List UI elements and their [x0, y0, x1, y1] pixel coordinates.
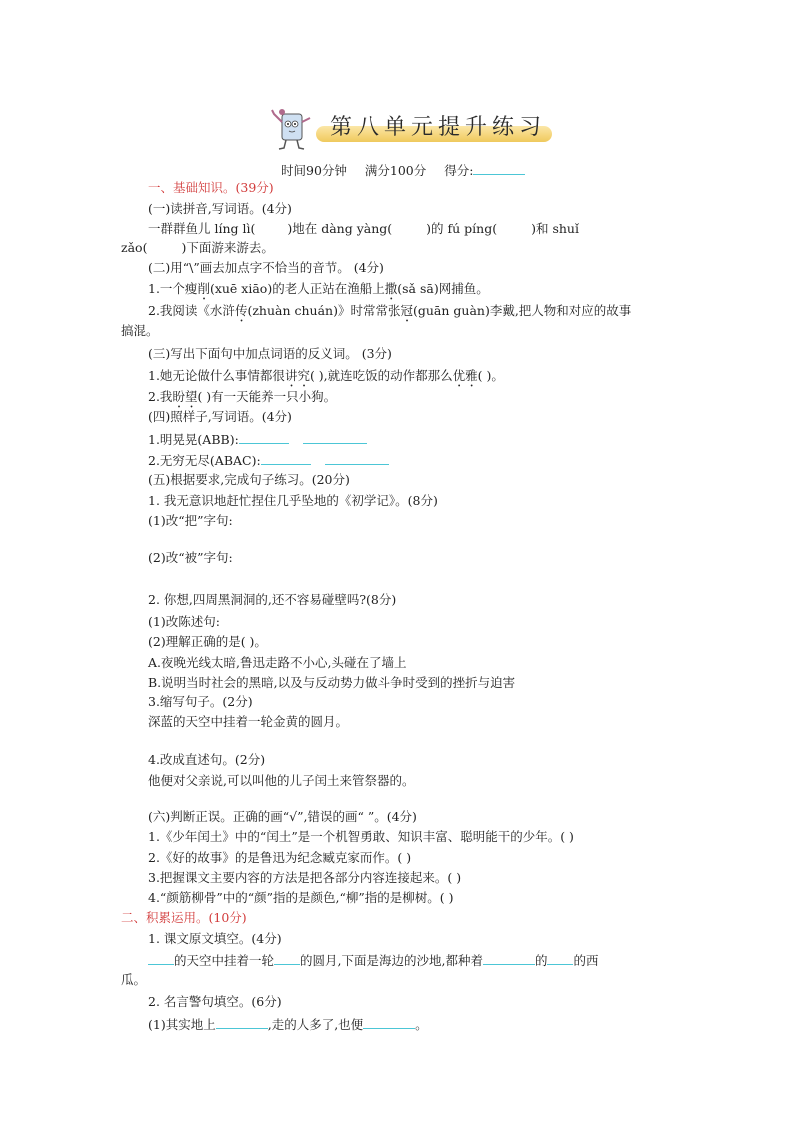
part5-q1-sub1: (1)改“把”字句: — [148, 513, 233, 529]
part4-q2: 2.无穷无尽(ABAC): — [148, 452, 389, 469]
score-field[interactable] — [473, 162, 525, 175]
part1-heading: (一)读拼音,写词语。(4分) — [148, 201, 292, 217]
part2-heading: (二)用“\”画去加点字不恰当的音节。 (4分) — [148, 260, 384, 276]
part5-q2-sub1: (1)改陈述句: — [148, 614, 220, 630]
part6-item: 3.把握课文主要内容的方法是把各部分内容连接起来。( ) — [148, 870, 461, 886]
part6-item: 1.《少年闰土》中的“闰土”是一个机智勇敢、知识丰富、聪明能干的少年。( ) — [148, 829, 574, 845]
score-label: 得分: — [444, 163, 473, 178]
section1-heading: 一、基础知识。(39分) — [148, 180, 274, 196]
part6-heading: (六)判断正误。正确的画“√”,错误的画“ ”。(4分) — [148, 809, 417, 825]
section2-q2: 2. 名言警句填空。(6分) — [148, 994, 282, 1010]
section2-q1: 1. 课文原文填空。(4分) — [148, 931, 282, 947]
part2-q2-cont: 搞混。 — [121, 323, 159, 339]
part5-q4-text: 他便对父亲说,可以叫他的儿子闰土来管祭器的。 — [148, 773, 414, 789]
part5-q2-option-b: B.说明当时社会的黑暗,以及与反动势力做斗争时受到的挫折与迫害 — [148, 675, 515, 691]
worksheet-page: 第八单元提升练习 时间90分钟 满分100分 得分: 一、基础知识。(39分) … — [0, 0, 793, 1122]
part1-line1: 一群群鱼儿 líng lì()地在 dàng yàng()的 fú píng()… — [148, 221, 579, 237]
part6-item: 4.“颜筋柳骨”中的“颜”指的是颜色,“柳”指的是柳树。( ) — [148, 890, 453, 906]
worksheet-header: 第八单元提升练习 — [268, 104, 558, 152]
part5-q3: 3.缩写句子。(2分) — [148, 694, 253, 710]
part5-q3-text: 深蓝的天空中挂着一轮金黄的圆月。 — [148, 714, 348, 730]
answer-line[interactable] — [303, 431, 367, 444]
exam-meta: 时间90分钟 满分100分 得分: — [281, 161, 539, 179]
answer-line[interactable] — [274, 952, 300, 965]
answer-line[interactable] — [363, 1016, 415, 1029]
section2-heading: 二、积累运用。(10分) — [121, 910, 247, 926]
part4-q1: 1.明晃晃(ABB): — [148, 431, 367, 448]
part5-q1: 1. 我无意识地赶忙捏住几乎坠地的《初学记》。(8分) — [148, 493, 438, 509]
part4-heading: (四)照样子,写词语。(4分) — [148, 409, 292, 425]
full-score: 满分100分 — [365, 163, 426, 178]
book-mascot-icon — [268, 104, 316, 152]
part3-heading: (三)写出下面句中加点词语的反义词。 (3分) — [148, 346, 392, 362]
section2-q1-text: 的天空中挂着一轮的圆月,下面是海边的沙地,都种着的的西 — [148, 952, 599, 969]
section2-q2-text: (1)其实地上,走的人多了,也便。 — [148, 1016, 428, 1033]
part3-q1: 1.她无论做什么事情都很讲究( ),就连吃饭的动作都那么优雅( )。 — [148, 368, 504, 390]
answer-line[interactable] — [216, 1016, 268, 1029]
time-limit: 时间90分钟 — [281, 163, 347, 178]
part5-q2: 2. 你想,四周黑洞洞的,还不容易碰壁吗?(8分) — [148, 592, 396, 608]
part6-item: 2.《好的故事》的是鲁迅为纪念臧克家而作。( ) — [148, 850, 411, 866]
part5-q4: 4.改成直述句。(2分) — [148, 752, 265, 768]
part5-q1-sub2: (2)改“被”字句: — [148, 550, 233, 566]
part3-q2: 2.我盼望( )有一天能养一只小狗。 — [148, 389, 336, 411]
answer-line[interactable] — [239, 431, 289, 444]
page-title: 第八单元提升练习 — [330, 110, 546, 141]
part2-q1: 1.一个瘦削(xuē xiāo)的老人正站在渔船上撒(sǎ sā)网捕鱼。 — [148, 281, 489, 303]
answer-line[interactable] — [148, 952, 174, 965]
part5-q2-option-a: A.夜晚光线太暗,鲁迅走路不小心,头碰在了墙上 — [148, 655, 406, 671]
section2-q1-cont: 瓜。 — [121, 972, 146, 988]
answer-line[interactable] — [547, 952, 573, 965]
part5-heading: (五)根据要求,完成句子练习。(20分) — [148, 472, 350, 488]
part5-q2-sub2: (2)理解正确的是( )。 — [148, 634, 267, 650]
answer-line[interactable] — [325, 452, 389, 465]
answer-line[interactable] — [261, 452, 311, 465]
part2-q2: 2.我阅读《水浒传(zhuàn chuán)》时常常张冠(guān guàn)李… — [148, 303, 631, 325]
part1-line2: zǎo()下面游来游去。 — [121, 240, 274, 256]
answer-line[interactable] — [483, 952, 535, 965]
